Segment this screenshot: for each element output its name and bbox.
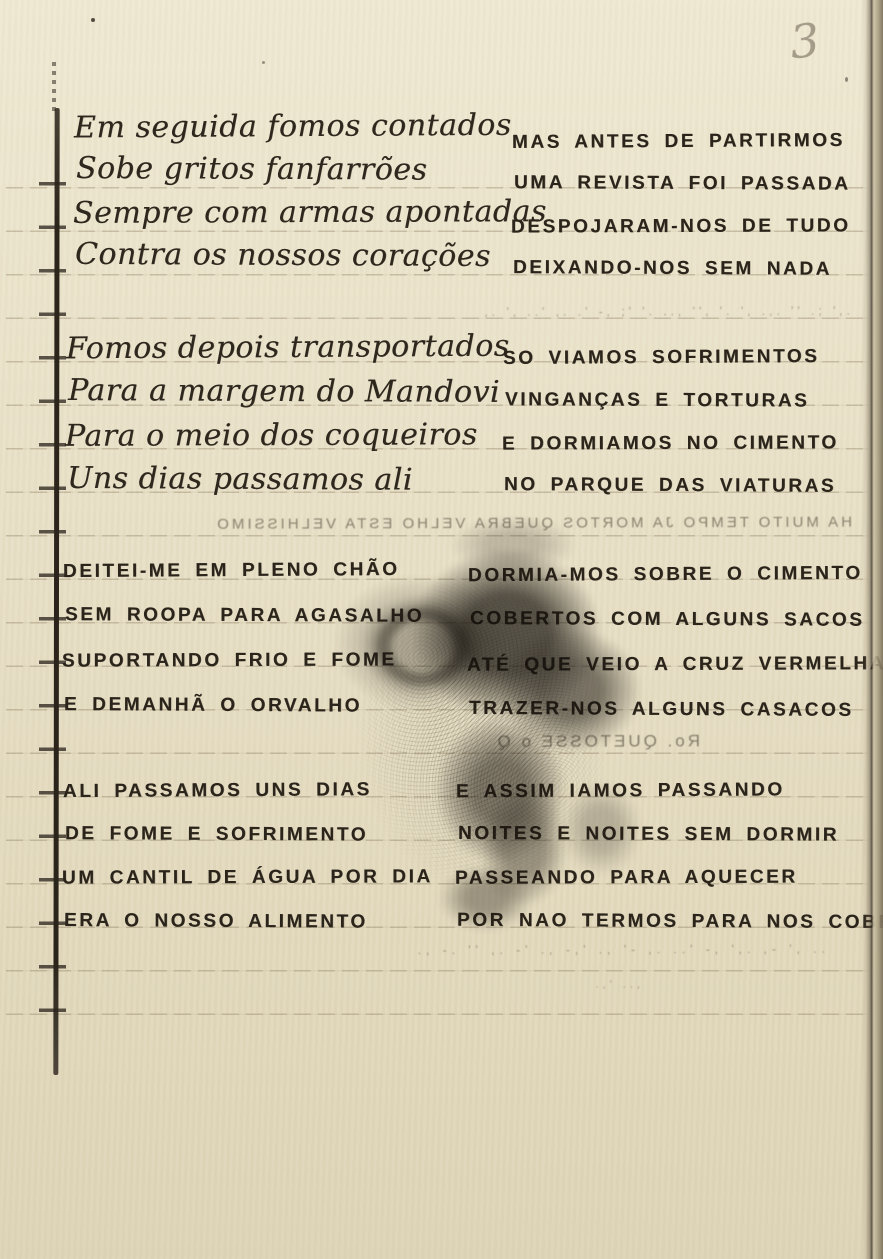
poem-line: PASSEANDO PARA AQUECER <box>455 855 883 900</box>
page-number: 3 <box>787 8 862 69</box>
poem-line: Uns dias passamos ali <box>67 457 511 503</box>
bleed-through-line: Ro. QUETOSSE o Q <box>300 731 700 752</box>
poem-line: SEM ROOPA PARA AGASALHO <box>65 592 424 639</box>
poem-line: SUPORTANDO FRIO E FOME <box>62 637 421 683</box>
stanza-4-right-column: E ASSIM IAMOS PASSANDO NOITES E NOITES S… <box>456 769 883 943</box>
page-edge <box>861 0 883 1259</box>
bleed-through-line: HA MUITO TEMPO JA MORTOS QUEBRA VELHO ES… <box>62 514 852 534</box>
poem-line: UMA REVISTA FOI PASSADA <box>514 163 854 207</box>
poem-line: Contra os nossos corações <box>75 233 549 278</box>
stanza-2-left-column: Fomos depois transportados Para a margem… <box>66 326 510 502</box>
stanza-1-left-column: Em seguida fomos contados Sobe gritos fa… <box>74 105 548 277</box>
stanza-3-left-column: DEITEI-ME EM PLENO CHÃO SEM ROOPA PARA A… <box>63 548 422 728</box>
scanned-manuscript-page: 3 .,' ;. '' .,. ,' .' ,'' ,.. .' '; ,- '… <box>0 0 883 1259</box>
poem-line: DEIXANDO-NOS SEM NADA <box>513 247 853 291</box>
bleed-through-line: .,' ;. '' .,. ,' .' ,'' ,.. .' '; ,- '. … <box>70 304 850 321</box>
poem-line: TRAZER-NOS ALGUNS CASACOS <box>469 686 883 733</box>
bleed-through-line: ,.. ',. <box>420 979 640 992</box>
poem-line: DE FOME E SOFRIMENTO <box>65 812 436 857</box>
ink-speck <box>845 77 848 82</box>
poem-line: ERA O NOSSO ALIMENTO <box>64 899 435 945</box>
bleed-through-line: .. ,' -, .,' ,- '.. ., -' ,. ',- ,. '- .… <box>95 942 825 959</box>
poem-line: NOITES E NOITES SEM DORMIR <box>458 812 883 858</box>
poem-line: Para o meio dos coqueiros <box>65 413 509 459</box>
poem-line: POR NAO TERMOS PARA NOS COBRIR <box>457 899 883 945</box>
poem-line: Fomos depois transportados <box>66 325 510 372</box>
poem-line: SO VIAMOS SOFRIMENTOS <box>503 336 840 381</box>
poem-line: Sempre com armas apontadas <box>73 190 547 235</box>
poem-line: Em seguida fomos contados <box>74 104 548 150</box>
poem-line: VINGANÇAS E TORTURAS <box>505 379 842 423</box>
poem-line: UM CANTIL DE ÁGUA POR DIA <box>62 856 433 901</box>
poem-line: MAS ANTES DE PARTIRMOS <box>512 120 852 164</box>
poem-line: DORMIA-MOS SOBRE O CIMENTO <box>468 551 883 599</box>
poem-line: ATÉ QUE VEIO A CRUZ VERMELHA <box>467 641 883 687</box>
poem-line: DESPOJARAM-NOS DE TUDO <box>511 205 851 249</box>
ink-speck <box>262 61 265 64</box>
stanza-4-left-column: ALI PASSAMOS UNS DIAS DE FOME E SOFRIMEN… <box>63 769 434 943</box>
poem-line: E DEMANHÃ O ORVALHO <box>64 682 423 729</box>
poem-line: Sobe gritos fanfarrões <box>76 147 550 192</box>
poem-line: DEITEI-ME EM PLENO CHÃO <box>63 547 422 594</box>
poem-line: E ASSIM IAMOS PASSANDO <box>456 768 883 814</box>
poem-line: Para a margem do Mandovi <box>68 369 512 415</box>
poem-line: ALI PASSAMOS UNS DIAS <box>63 768 434 814</box>
stanza-1-right-column: MAS ANTES DE PARTIRMOS UMA REVISTA FOI P… <box>512 121 852 291</box>
poem-line: E DORMIAMOS NO CIMENTO <box>502 422 839 466</box>
margin-line-top-dotted <box>52 62 56 114</box>
poem-line: NO PARQUE DAS VIATURAS <box>504 465 841 510</box>
stanza-2-right-column: SO VIAMOS SOFRIMENTOS VINGANÇAS E TORTUR… <box>503 337 840 508</box>
ink-speck <box>91 18 95 22</box>
stanza-3-right-column: DORMIA-MOS SOBRE O CIMENTO COBERTOS COM … <box>468 552 883 732</box>
poem-line: COBERTOS COM ALGUNS SACOS <box>470 596 883 643</box>
